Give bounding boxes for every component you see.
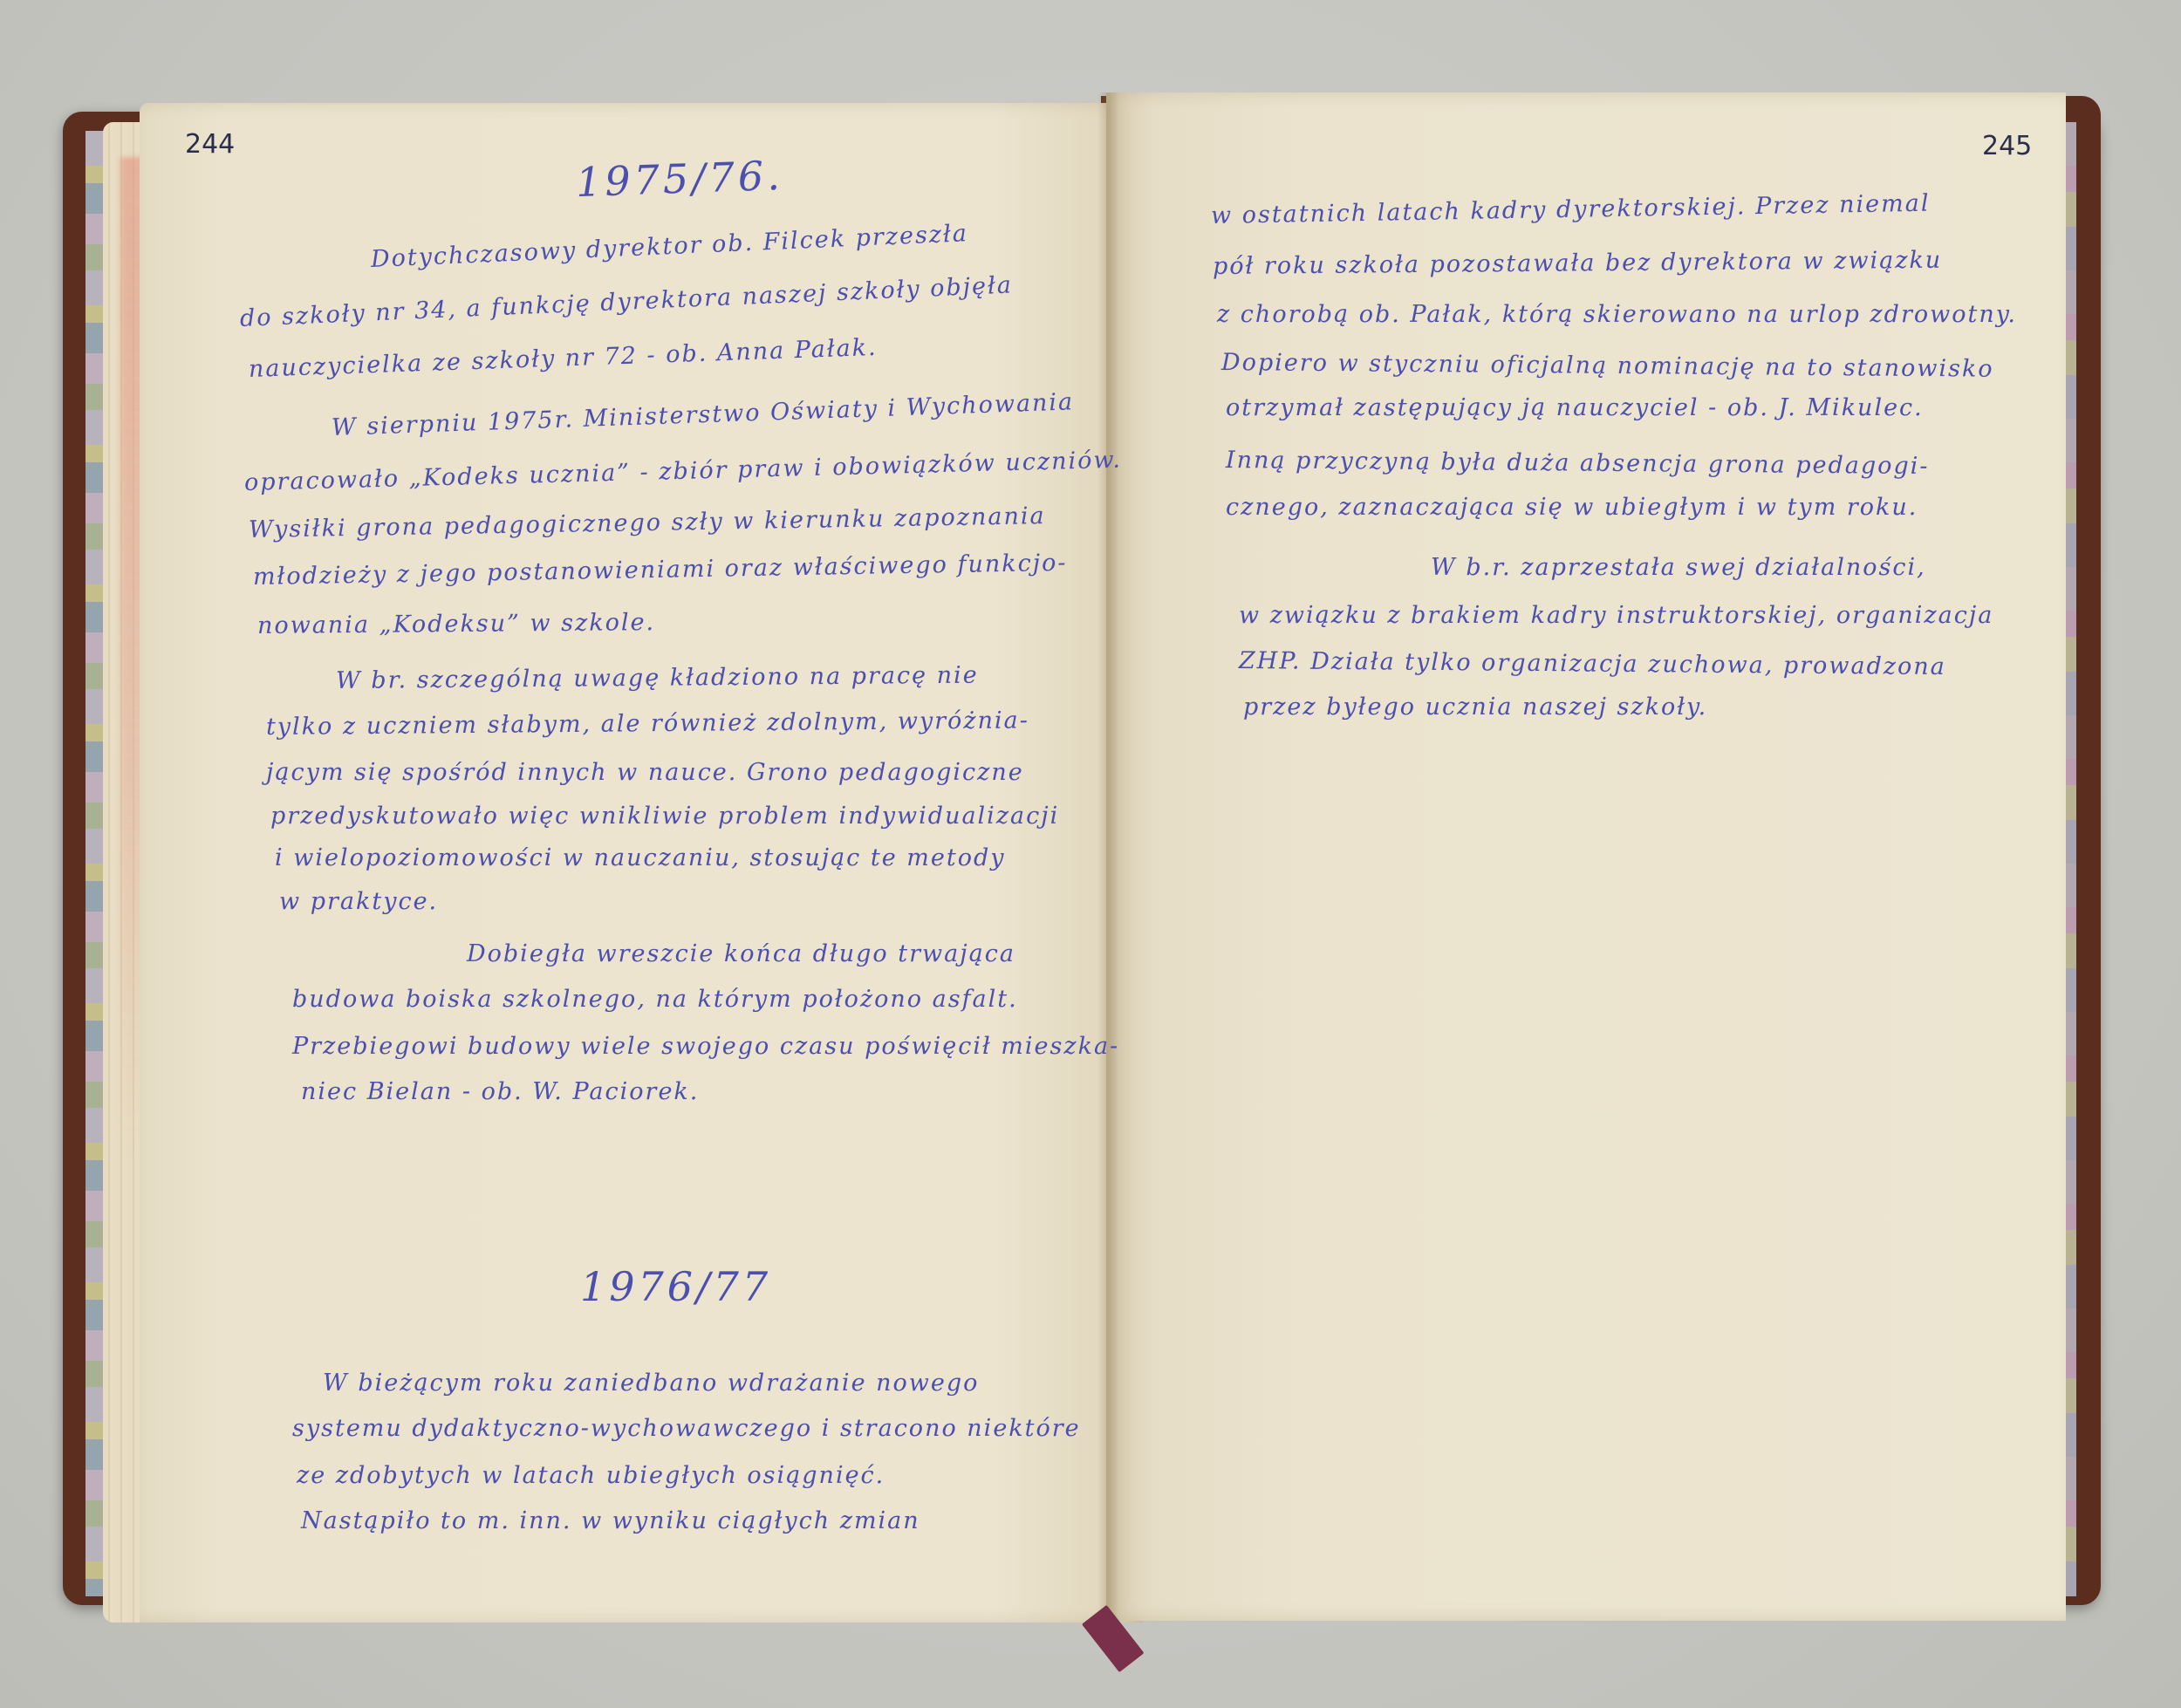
marbled-edge-right xyxy=(2066,122,2076,1596)
marbled-edge-left xyxy=(85,131,105,1596)
text-line: z chorobą ob. Pałak, którą skierowano na… xyxy=(1217,301,2017,328)
text-line: W bieżącym roku zaniedbano wdrażanie now… xyxy=(323,1370,979,1397)
text-line: w związku z brakiem kadry instruktorskie… xyxy=(1239,602,1993,629)
text-line: systemu dydaktyczno-wychowawczego i stra… xyxy=(292,1415,1081,1442)
text-line: i wielopoziomowości w nauczaniu, stosują… xyxy=(275,844,1006,871)
text-line: otrzymał zastępujący ją nauczyciel - ob.… xyxy=(1226,394,1924,421)
text-line: jącym się spośród innych w nauce. Grono … xyxy=(266,759,1024,786)
text-line: w praktyce. xyxy=(279,888,438,915)
text-line: niec Bielan - ob. W. Paciorek. xyxy=(301,1078,699,1105)
text-line: przez byłego ucznia naszej szkoły. xyxy=(1243,693,1707,721)
page-number-left: 244 xyxy=(185,129,235,160)
book-gutter xyxy=(1097,92,1118,1623)
text-line: przedyskutowało więc wnikliwie problem i… xyxy=(270,803,1059,830)
text-line: W b.r. zaprzestała swej działalności, xyxy=(1431,554,1926,581)
text-line: ze zdobytych w latach ubiegłych osiągnię… xyxy=(297,1462,885,1489)
section-heading-1975-76: 1975/76. xyxy=(575,152,783,206)
section-heading-1976-77: 1976/77 xyxy=(580,1263,771,1310)
text-line: cznego, zaznaczająca się w ubiegłym i w … xyxy=(1226,494,1918,521)
text-line: Dobiegła wreszcie końca długo trwająca xyxy=(467,940,1015,967)
text-line: Przebiegowi budowy wiele swojego czasu p… xyxy=(292,1033,1119,1060)
text-line: Nastąpiło to m. inn. w wyniku ciągłych z… xyxy=(301,1507,920,1534)
text-line: budowa boiska szkolnego, na którym położ… xyxy=(292,986,1018,1013)
page-number-right: 245 xyxy=(1982,131,2032,161)
text-line: nowania „Kodeksu” w szkole. xyxy=(257,609,655,639)
text-line: W br. szczególną uwagę kładziono na prac… xyxy=(336,662,979,694)
